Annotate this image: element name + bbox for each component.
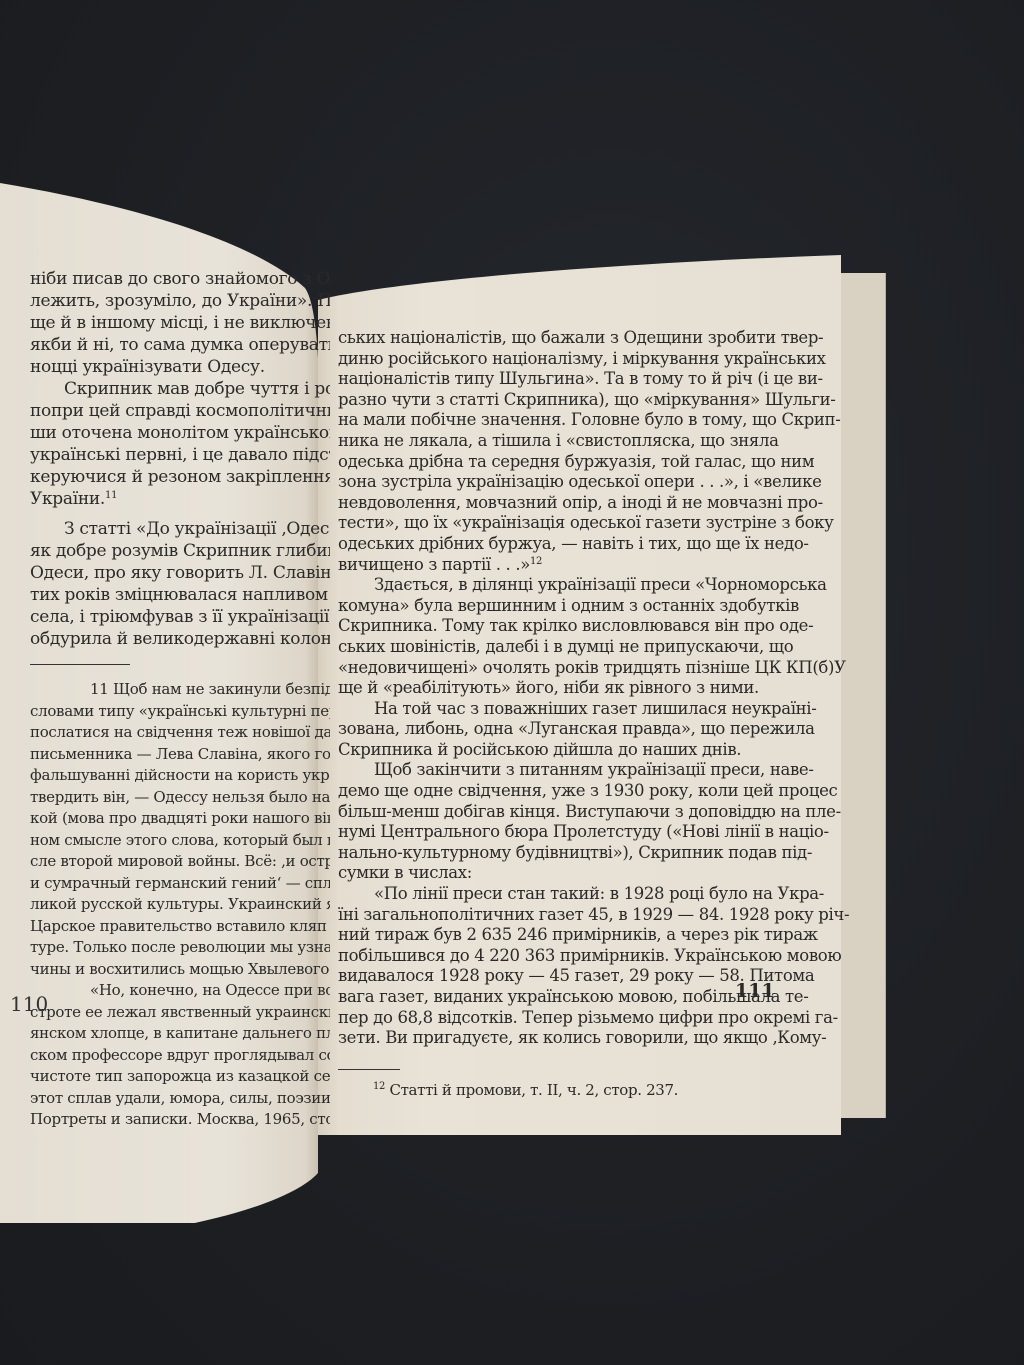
text-line: побільшився до 4 220 363 примірників. Ук… (338, 946, 768, 967)
left-page-text: ніби писав до свого знайомого з Одеси, щ… (30, 268, 330, 1131)
footnote-line: строте ее лежал явственный украинский от… (30, 1002, 330, 1024)
footnote-line: янском хлопце, в капитане дальнего плава… (30, 1023, 330, 1045)
footnote-divider (30, 664, 130, 665)
text-line: ний тираж був 2 635 246 примірників, а ч… (338, 925, 768, 946)
text-line: вага газет, виданих українською мовою, п… (338, 987, 768, 1008)
text-line: одеська дрібна та середня буржуазія, той… (338, 452, 768, 473)
text-line: ноцці українізувати Одесу. (30, 356, 330, 378)
text-line: якби й ні, то сама думка оперувати ним с… (30, 334, 330, 356)
footnote-line: чины и восхитились мощью Хвылевого. (30, 959, 330, 981)
right-page-text: ських націоналістів, що бажали з Одещини… (338, 328, 768, 1100)
footnote-ref-12[interactable]: 12 (530, 556, 542, 567)
text-line: ще й в іншому місці, і не виключене, що … (30, 312, 330, 334)
text-line: Щоб закінчити з питанням українізації пр… (338, 760, 768, 781)
text-line: Скрипника й російською дійшла до наших д… (338, 740, 768, 761)
text-line: лежить, зрозуміло, до України». Про цей … (30, 290, 330, 312)
text-line: тих років зміцнювалася напливом українсь… (30, 584, 330, 606)
text-line: «По лінії преси стан такий: в 1928 році … (338, 884, 768, 905)
text-line: як добре розумів Скрипник глибинно украї… (30, 540, 330, 562)
text-line: комуна» була вершинним і одним з останні… (338, 596, 768, 617)
text-line: на мали побічне значення. Головне було в… (338, 410, 768, 431)
footnote-line: и сумрачный германский гений‘ — сплавлял… (30, 873, 330, 895)
footnote-text: Статті й промови, т. II, ч. 2, стор. 237… (389, 1081, 678, 1099)
text-line: попри цей справді космополітичний дух Од… (30, 400, 330, 422)
text-line: ських шовіністів, далебі і в думці не пр… (338, 637, 768, 658)
footnote-line: чистоте тип запорожца из казацкой сечево… (30, 1066, 330, 1088)
text-line: націоналістів типу Шульгина». Та в тому … (338, 369, 768, 390)
footnote-line: послатися на свідчення теж новішої дати … (30, 722, 330, 744)
footnote-line: словами типу «українські культурні первн… (30, 701, 330, 723)
text-line: зети. Ви пригадуєте, як колись говорили,… (338, 1028, 768, 1049)
text-line: більш-менш добігав кінця. Виступаючи з д… (338, 802, 768, 823)
footnote-line: твердить він, — Одессу нельзя было назва… (30, 787, 330, 809)
text-line: зована, либонь, одна «Луганская правда»,… (338, 719, 768, 740)
footnote-line: Портреты и записки. Москва, 1965, стор. … (30, 1109, 330, 1131)
text-line: вичищено з партії . . .»12 (338, 555, 768, 576)
text-line: обдурила й великодержавні колонізаторськ… (30, 628, 330, 650)
footnote-line: 11 Щоб нам не закинули безпідставного ма… (30, 679, 330, 701)
text-line: тести», що їх «українізація одеської газ… (338, 513, 768, 534)
text-line: невдоволення, мовчазний опір, а іноді й … (338, 493, 768, 514)
footnote-line: «Но, конечно, на Одессе при всей национа… (30, 980, 330, 1002)
footnote-line: ном смысле этого слова, который был прид… (30, 830, 330, 852)
text-line: Скрипник мав добре чуття і розумів всю (30, 378, 330, 400)
footnote-line: ликой русской культуры. Украинский язык … (30, 894, 330, 916)
footnote-line: Царское правительство вставило кляп в ро… (30, 916, 330, 938)
text-line: ських націоналістів, що бажали з Одещини… (338, 328, 768, 349)
page-number-left: 110 (10, 992, 48, 1016)
text-line: разно чути з статті Скрипника), що «мірк… (338, 390, 768, 411)
footnote-line: письменника — Лева Славіна, якого годі б… (30, 744, 330, 766)
text-line: Скрипника. Тому так крілко висловлювався… (338, 616, 768, 637)
text-line-content: України. (30, 489, 105, 509)
text-line: ника не лякала, а тішила і «свистопляска… (338, 431, 768, 452)
text-line: сумки в числах: (338, 863, 768, 884)
text-line: З статті «До українізації ‚Одесских изве… (30, 518, 330, 540)
footnote-line: сле второй мировой войны. Всё: ‚и острый… (30, 851, 330, 873)
text-line: демо ще одне свідчення, уже з 1930 року,… (338, 781, 768, 802)
text-line: українські первні, і це давало підстави … (30, 444, 330, 466)
page-number-right: 111 (735, 980, 775, 1002)
text-line: України.11 (30, 488, 330, 510)
text-line: видавалося 1928 року — 45 газет, 29 року… (338, 966, 768, 987)
footnote-line: кой (мова про двадцяті роки нашого віку … (30, 808, 330, 830)
text-line: села, і тріюмфував з її українізації, ті… (30, 606, 330, 628)
footnote-line: фальшуванні дійсности на користь українс… (30, 765, 330, 787)
text-line: їні загальнополітичних газет 45, в 1929 … (338, 905, 768, 926)
text-line: одеських дрібних буржуа, — навіть і тих,… (338, 534, 768, 555)
footnote-line: туре. Только после революции мы узнали в… (30, 937, 330, 959)
text-line: нумі Центрального бюра Пролетстуду («Нов… (338, 822, 768, 843)
text-line: диню російського націоналізму, і міркува… (338, 349, 768, 370)
footnote-divider (338, 1069, 400, 1070)
footnote-line: ском профессоре вдруг проглядывал сохран… (30, 1045, 330, 1067)
text-line: ще й «реабілітують» його, ніби як рівног… (338, 678, 768, 699)
text-line: На той час з поважніших газет лишилася н… (338, 699, 768, 720)
footnote-number: 12 (373, 1081, 385, 1092)
text-line: зона зустріла українізацію одеської опер… (338, 472, 768, 493)
text-line: «недовичищені» очолять років тридцять пі… (338, 658, 768, 679)
text-line: Одеси, про яку говорить Л. Славін і яка … (30, 562, 330, 584)
text-line: Здається, в ділянці українізації преси «… (338, 575, 768, 596)
footnote-ref-11[interactable]: 11 (105, 490, 117, 501)
text-line: керуючися й резоном закріплення державни… (30, 466, 330, 488)
text-line: нально-культурному будівництві»), Скрипн… (338, 843, 768, 864)
text-line: ніби писав до свого знайомого з Одеси, щ… (30, 268, 330, 290)
footnote-line: этот сплав удали, юмора, силы, поэзии…» … (30, 1088, 330, 1110)
text-line: пер до 68,8 відсотків. Тепер різьмемо ци… (338, 1008, 768, 1029)
text-line-content: вичищено з партії . . .» (338, 555, 530, 574)
footnote-line: 12 Статті й промови, т. II, ч. 2, стор. … (338, 1080, 768, 1101)
text-line: ши оточена монолітом українського степу,… (30, 422, 330, 444)
